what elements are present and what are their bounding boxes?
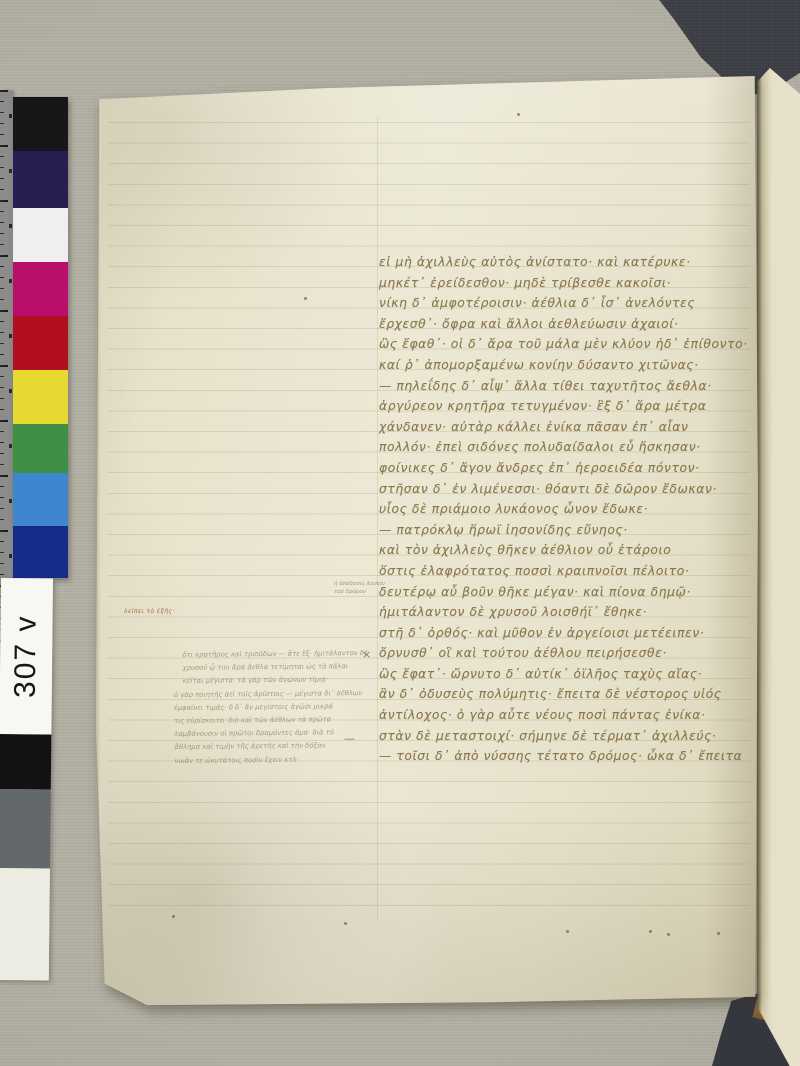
folio-number: 307 v — [9, 614, 44, 698]
photo-stage: εἰ μὴ ἀχιλλεὺς αὐτὸς ἀνίστατο· καὶ κατέρ… — [0, 0, 800, 1066]
calibration-color-bar — [13, 97, 68, 578]
parchment-left-edge — [94, 94, 101, 998]
margin-rule — [377, 116, 378, 920]
manuscript-text-line: ὣς ἔφαθ᾽· οἱ δ᾽ ἄρα τοῦ μάλα μὲν κλύον ἠ… — [379, 334, 751, 355]
calibration-patch — [13, 262, 68, 316]
manuscript-text-line: — τοῖσι δ᾽ ἀπὸ νύσσης τέτατο δρόμος· ὦκα… — [379, 746, 751, 767]
manuscript-text-line: ἡμιτάλαντον δὲ χρυσοῦ λοισθήϊ᾽ ἔθηκε· — [379, 602, 751, 623]
manuscript-text-line: καὶ τὸν ἀχιλλεὺς θῆκεν ἀέθλιον οὗ ἑτάροι… — [379, 540, 751, 561]
calibration-patch — [13, 151, 68, 208]
manuscript-text-line: φοίνικες δ᾽ ἄγον ἄνδρες ἐπ᾽ ἠεροειδέα πό… — [379, 458, 751, 479]
ink-speck — [517, 113, 520, 116]
calibration-patch — [13, 526, 68, 578]
calibration-patch — [13, 424, 68, 473]
red-margin-note: λείπει τὸ ἑξῆς· — [124, 608, 175, 615]
manuscript-text-line: ἔρχεσθ᾽· ὄφρα καὶ ἄλλοι ἀεθλεύωσιν ἀχαιο… — [379, 314, 751, 335]
manuscript-text-line: υἷος δὲ πριάμοιο λυκάονος ὦνον ἔδωκε· — [379, 499, 751, 520]
grayscale-patch — [0, 868, 50, 981]
pricking-hole — [344, 922, 347, 925]
facing-page-edge — [757, 68, 800, 1066]
manuscript-text-line: νίκη δ᾽ ἀμφοτέροισιν· ἀέθλια δ᾽ ἶσ᾽ ἀνελ… — [379, 293, 751, 314]
calibration-patch — [13, 370, 68, 424]
pricking-hole — [566, 930, 569, 933]
manuscript-text-line: στῆσαν δ᾽ ἐν λιμένεσσι· θόαντι δὲ δῶρον … — [379, 479, 751, 500]
manuscript-text-line: ὅστις ἐλαφρότατος ποσσὶ κραιπνοῖσι πέλοι… — [379, 561, 751, 582]
scholion-block: ὅτι κρατῆρος καὶ τριπόδων — ἅτε ἓξ· ἡμιτ… — [173, 647, 366, 768]
gloss-line: ἡ ἀπόδοσις λοιπόν — [334, 581, 385, 589]
manuscript-text-line: δευτέρῳ αὖ βοῦν θῆκε μέγαν· καὶ πίονα δη… — [379, 582, 751, 603]
interlinear-gloss: ἡ ἀπόδοσις λοιπόντοῦ δρόμου — [334, 581, 385, 596]
gloss-line: τοῦ δρόμου — [334, 589, 385, 597]
pricking-hole — [717, 932, 720, 935]
manuscript-text-line: μηκέτ᾽ ἐρείδεσθον· μηδὲ τρίβεσθε κακοῖσι… — [379, 273, 751, 294]
calibration-patch — [13, 316, 68, 370]
manuscript-text-line: ἀργύρεον κρητῆρα τετυγμένον· ἓξ δ᾽ ἄρα μ… — [379, 396, 751, 417]
manuscript-text-line: ὄρνυσθ᾽ οἳ καὶ τούτου ἀέθλου πειρήσεσθε· — [379, 643, 751, 664]
manuscript-text-line: ὣς ἔφατ᾽· ὤρνυτο δ᾽ αὐτίκ᾽ ὀϊλῆος ταχὺς … — [379, 664, 751, 685]
pricking-hole — [649, 930, 652, 933]
manuscript-page: εἰ μὴ ἀχιλλεὺς αὐτὸς ἀνίστατο· καὶ κατέρ… — [94, 76, 758, 1006]
manuscript-text-line: καί ῥ᾽ ἀπομορξαμένω κονίην δύσαντο χιτῶν… — [379, 355, 751, 376]
manuscript-text-line: πολλόν· ἐπεὶ σιδόνες πολυδαίδαλοι εὖ ἤσκ… — [379, 437, 751, 458]
scholion-line: νικᾶν τε ὠκυτάτοις ποσὶν ἔχειν κτλ· — [174, 753, 366, 768]
manuscript-text-line: χάνδανεν· αὐτὰρ κάλλει ἐνίκα πᾶσαν ἐπ᾽ α… — [379, 417, 751, 438]
calibration-patch — [13, 473, 68, 526]
grayscale-patch — [0, 789, 51, 869]
manuscript-text-line: εἰ μὴ ἀχιλλεὺς αὐτὸς ἀνίστατο· καὶ κατέρ… — [379, 252, 751, 273]
pricking-hole — [172, 915, 175, 918]
manuscript-text-line: — πατρόκλῳ ἥρωϊ ἰησονίδης εὔνηος· — [379, 520, 751, 541]
main-text-block: εἰ μὴ ἀχιλλεὺς αὐτὸς ἀνίστατο· καὶ κατέρ… — [379, 252, 751, 767]
calibration-patch — [13, 208, 68, 262]
folio-label: 307 v — [0, 578, 53, 735]
ink-speck — [304, 297, 307, 300]
manuscript-text-line: ἀντίλοχος· ὁ γὰρ αὖτε νέους ποσὶ πάντας … — [379, 705, 751, 726]
pricking-hole — [667, 933, 670, 936]
folio-label-strip: 307 v — [0, 578, 53, 981]
scholion-line: ὁ γὰρ ποιητὴς ἀεὶ τοῖς ἀρίστοις — μέγιστ… — [174, 687, 366, 702]
manuscript-text-line: ἂν δ᾽ ὀδυσεὺς πολύμητις· ἔπειτα δὲ νέστο… — [379, 684, 751, 705]
scholion-line: χρυσοῦ ᾧ τινι ἄρα ἄεθλα τετίμηται ὡς τὰ … — [183, 660, 366, 675]
manuscript-text-line: στὰν δὲ μεταστοιχί· σήμηνε δὲ τέρματ᾽ ἀχ… — [379, 726, 751, 747]
calibration-patch — [13, 97, 68, 151]
manuscript-text-line: — πηλεΐδης δ᾽ αἶψ᾽ ἄλλα τίθει ταχυτῆτος … — [379, 376, 751, 397]
label-strip-patches — [0, 734, 51, 981]
grayscale-patch — [0, 734, 51, 790]
manuscript-text-line: στῆ δ᾽ ὀρθός· καὶ μῦθον ἐν ἀργείοισι μετ… — [379, 623, 751, 644]
